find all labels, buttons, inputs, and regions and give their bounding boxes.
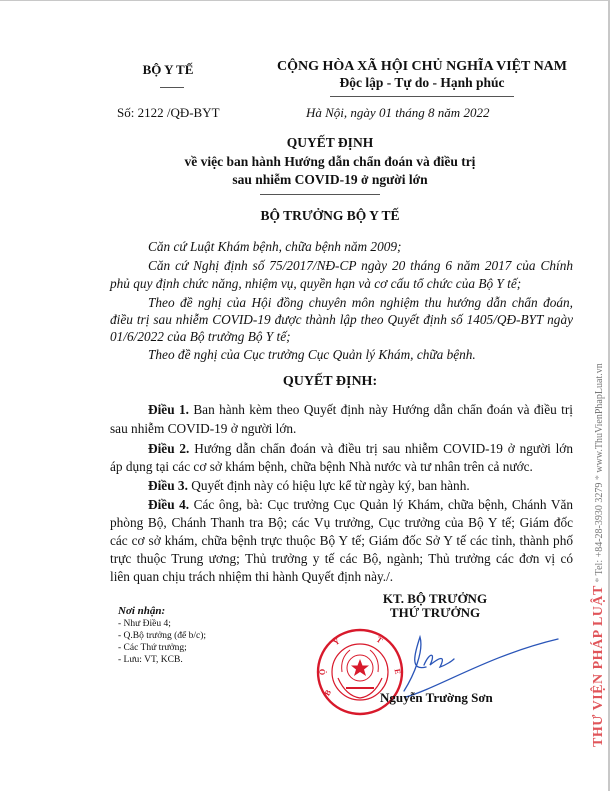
article-4-line-2: phòng Bộ, Chánh Thanh tra Bộ; các Vụ trư… [110,515,573,531]
watermark-separator: * [594,475,605,480]
article-label: Điều 1. [148,402,189,417]
article-4-line-3: các cơ sở khám, chữa bệnh trực thuộc Bộ … [110,533,573,549]
document-type: QUYẾT ĐỊNH [100,135,560,151]
preamble-line: Căn cứ Luật Khám bệnh, chữa bệnh năm 200… [148,239,573,255]
recipient-item: - Các Thứ trưởng; [118,642,206,654]
article-label: Điều 2. [148,441,189,456]
issuing-authority: BỘ TRƯỞNG BỘ Y TẾ [100,208,560,224]
signer-name: Nguyễn Trường Sơn [380,690,493,706]
svg-text:Y: Y [332,636,342,647]
article-2: Điều 2. Hướng dẫn chẩn đoán và điều trị … [148,441,573,457]
signature-title-2: THỨ TRƯỞNG [360,605,510,621]
issuing-agency: BỘ Y TẾ [118,62,218,78]
svg-text:Ộ: Ộ [318,669,327,675]
preamble-line: Căn cứ Nghị định số 75/2017/NĐ-CP ngày 2… [148,258,573,274]
national-motto: Độc lập - Tự do - Hạnh phúc [262,75,582,91]
watermark-tel: Tel: +84-28-3930 3279 [594,483,605,576]
title-underline [260,194,380,195]
article-label: Điều 4. [148,497,189,512]
recipient-item: - Như Điều 4; [118,618,206,630]
preamble-line: 01/6/2022 của Bộ trưởng Bộ Y tế; [110,329,573,345]
watermark-separator: * [594,578,605,583]
article-text: Hướng dẫn chẩn đoán và điều trị sau nhiễ… [194,441,573,456]
article-2-line-2: áp dụng tại các cơ sở khám bệnh, chữa bệ… [110,459,573,475]
recipient-item: - Q.Bộ trưởng (để b/c); [118,630,206,642]
preamble-line: Theo đề nghị của Cục trưởng Cục Quản lý … [148,347,573,363]
issue-date: Hà Nội, ngày 01 tháng 8 năm 2022 [306,105,489,121]
agency-underline [160,87,184,88]
article-3: Điều 3. Quyết định này có hiệu lực kể từ… [148,478,573,494]
document-number: Số: 2122 /QĐ-BYT [117,105,220,121]
article-1: Điều 1. Ban hành kèm theo Quyết định này… [148,402,573,418]
preamble-line: Theo đề nghị của Hội đồng chuyên môn ngh… [148,295,573,311]
preamble-line: phủ quy định chức năng, nhiệm vụ, quyền … [110,276,573,292]
national-title: CỘNG HÒA XÃ HỘI CHỦ NGHĨA VIỆT NAM [262,59,582,75]
recipients-heading: Nơi nhận: [118,605,206,618]
article-4: Điều 4. Các ông, bà: Cục trưởng Cục Quản… [148,497,573,513]
article-text: Quyết định này có hiệu lực kể từ ngày ký… [191,478,469,493]
svg-text:T: T [375,635,385,646]
article-4-line-4: trực thuộc Trung ương; Thủ trưởng y tế c… [110,551,573,567]
decision-heading: QUYẾT ĐỊNH: [100,374,560,390]
document-subject-line-1: về việc ban hành Hướng dẫn chẩn đoán và … [100,154,560,170]
article-label: Điều 3. [148,478,188,493]
motto-underline [330,96,514,97]
article-text: Ban hành kèm theo Quyết định này Hướng d… [193,402,573,417]
watermark: THƯ VIỆN PHÁP LUẬT * Tel: +84-28-3930 32… [591,363,607,747]
watermark-brand: THƯ VIỆN PHÁP LUẬT [591,585,606,747]
article-text: Các ông, bà: Cục trưởng Cục Quản lý Khám… [194,497,573,512]
watermark-website[interactable]: www.ThuVienPhapLuat.vn [594,363,605,472]
document-subject-line-2: sau nhiễm COVID-19 ở người lớn [100,172,560,188]
article-1-line-2: sau nhiễm COVID-19 ở người lớn. [110,421,573,437]
recipients-list: Nơi nhận: - Như Điều 4; - Q.Bộ trưởng (đ… [118,605,206,666]
article-4-line-5: liên quan chịu trách nhiệm thi hành Quyế… [110,569,573,585]
preamble-line: điều trị sau nhiễm COVID-19 được thành l… [110,312,573,328]
document-page: BỘ Y TẾ CỘNG HÒA XÃ HỘI CHỦ NGHĨA VIỆT N… [0,0,610,791]
recipient-item: - Lưu: VT, KCB. [118,654,206,666]
